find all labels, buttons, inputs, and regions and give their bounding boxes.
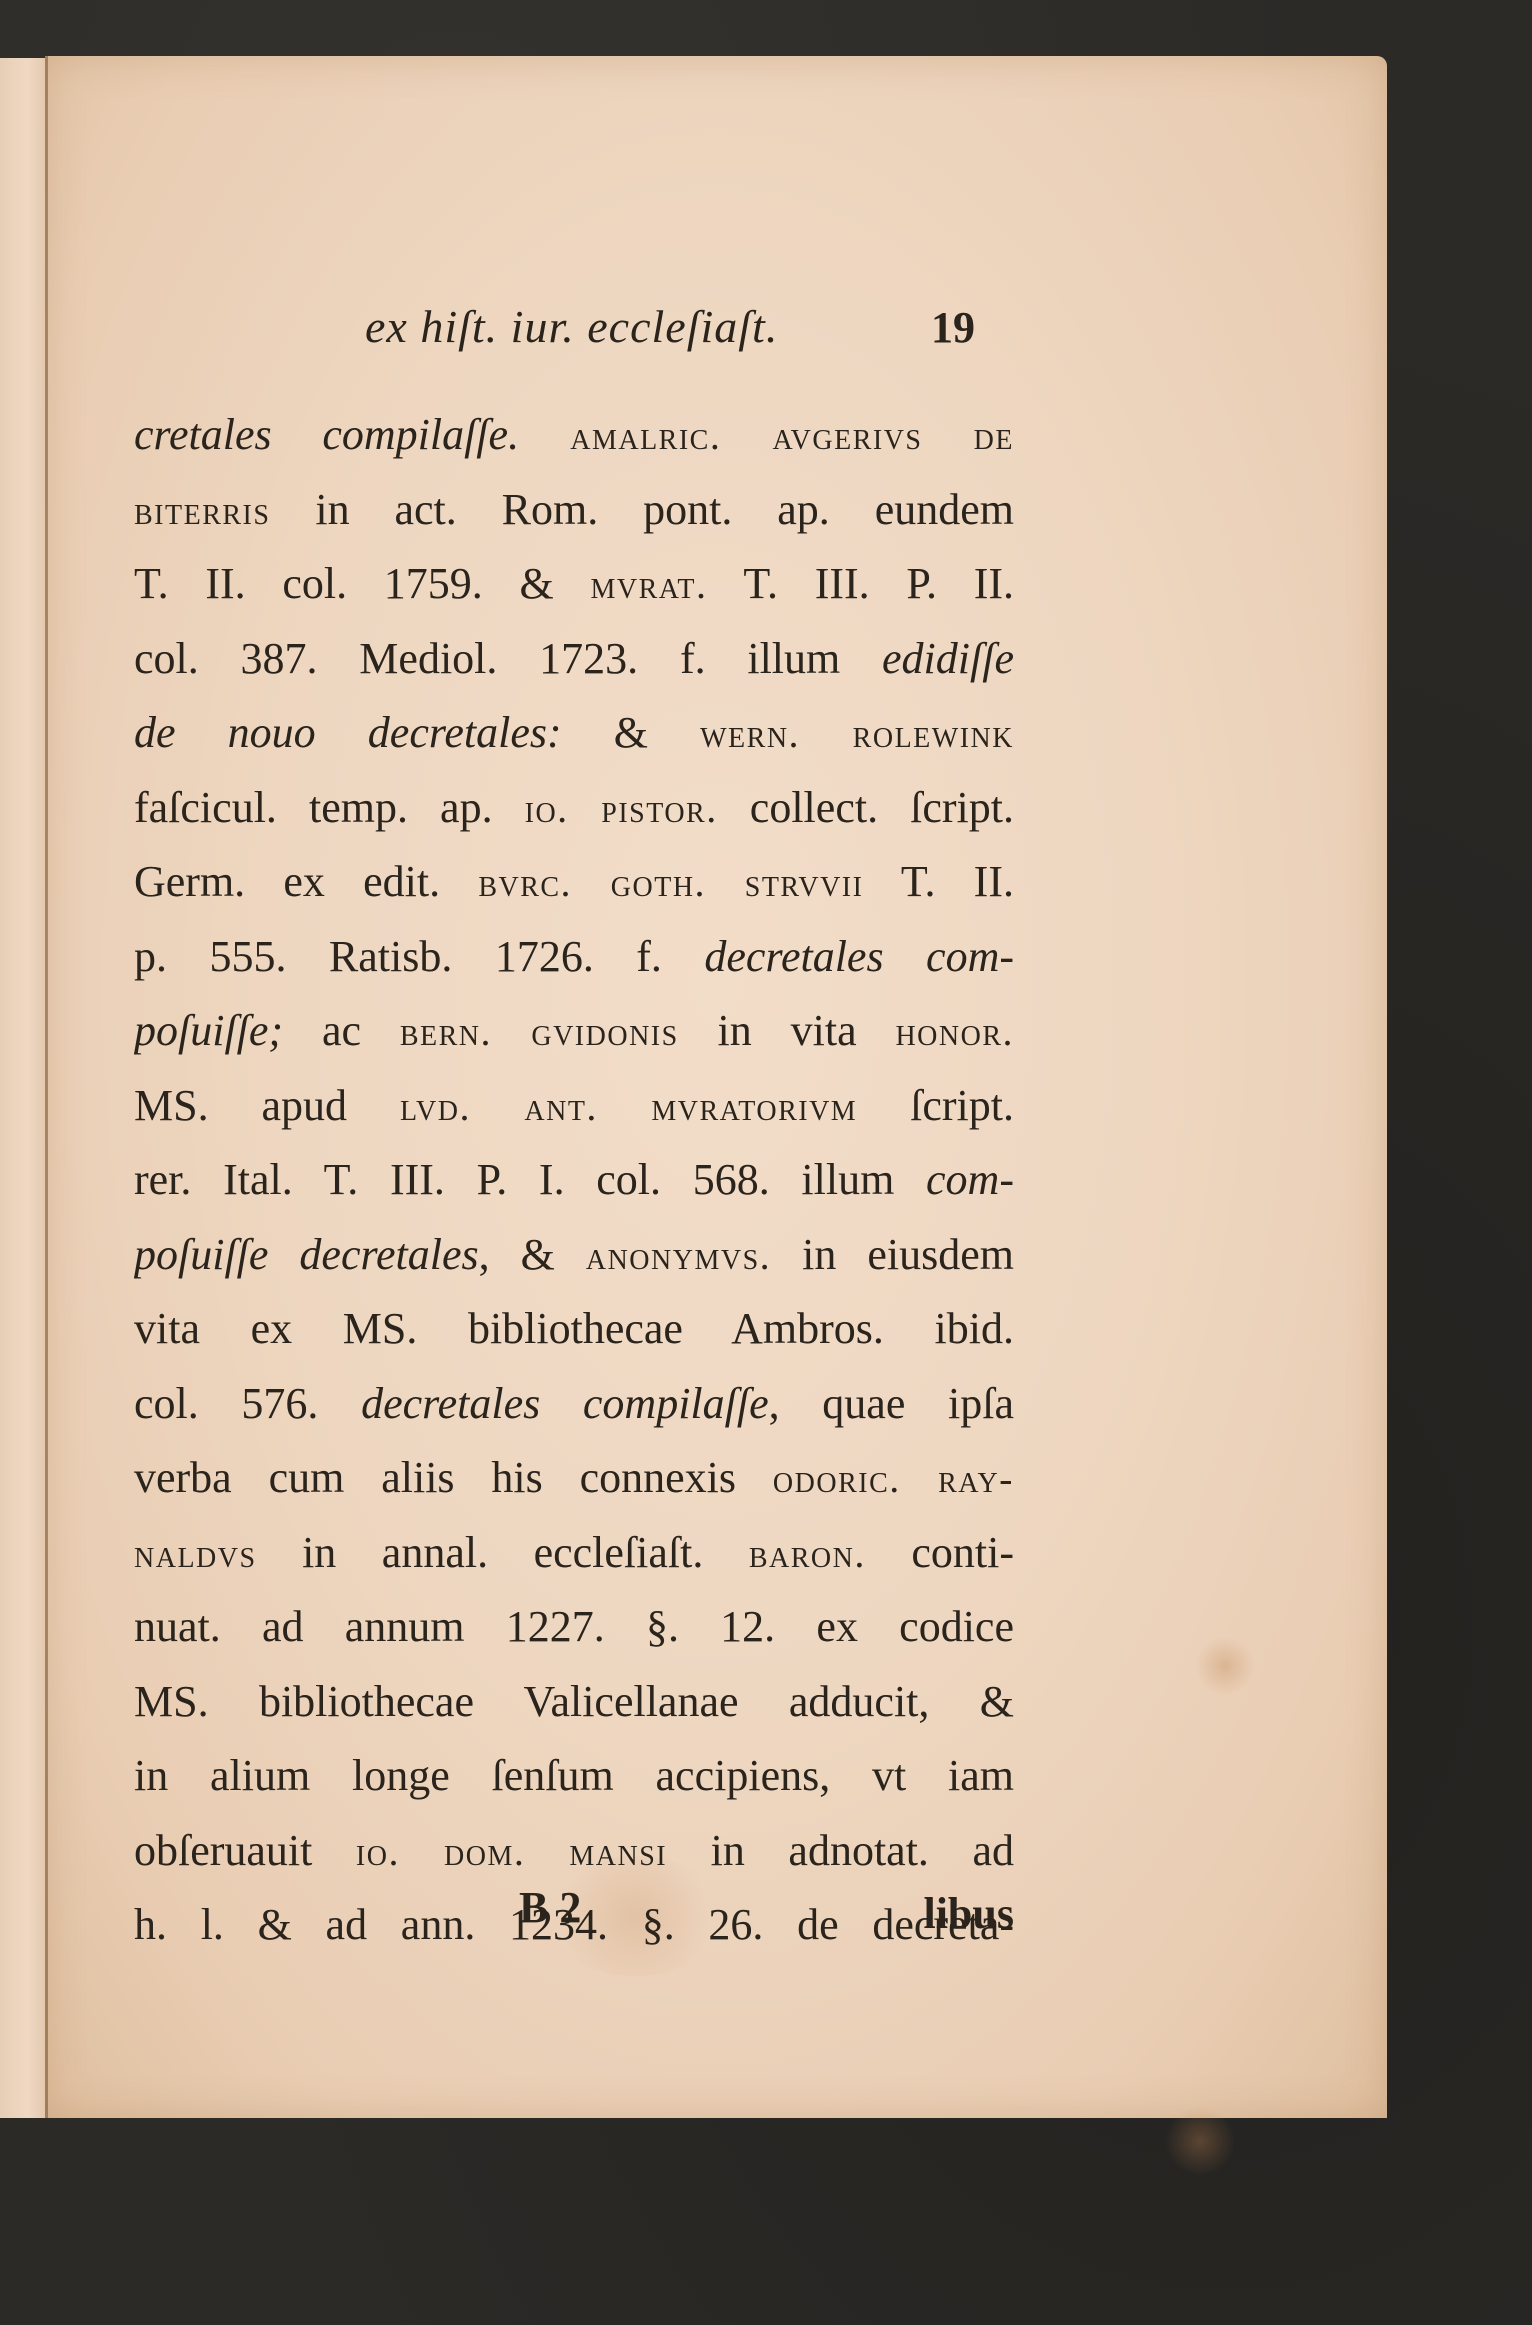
text-run: verba cum aliis his connexis [134,1453,773,1502]
text-line: de nouo decretales: & wern. rolewink [134,696,1014,771]
text-line: col. 576. decretales compilaſſe, quae ip… [134,1367,1014,1442]
text-run: in eiusdem [771,1230,1014,1279]
text-run: col. 387. Mediol. 1723. f. illum [134,634,882,683]
small-caps-name: biterris [134,488,270,533]
italic-text: decretales compilaſſe [361,1379,769,1428]
italic-text: com- [926,1155,1014,1204]
text-run: collect. ſcript. [718,783,1014,832]
small-caps-name: mvrat. [590,562,707,607]
text-line: in alium longe ſenſum accipiens, vt iam [134,1739,1014,1814]
foxing-stain [1195,1636,1255,1696]
text-run: , & [479,1230,586,1279]
small-caps-name: honor. [895,1009,1014,1054]
catchword: libus [923,1888,1014,1939]
text-run: , quae ipſa [769,1379,1014,1428]
text-line: biterris in act. Rom. pont. ap. eundem [134,473,1014,548]
text-run: in vita [679,1006,896,1055]
text-run: Germ. ex edit. [134,857,478,906]
text-run: T. II. [863,857,1014,906]
small-caps-name: bern. gvidonis [400,1009,679,1054]
text-run: in alium longe ſenſum accipiens, vt iam [134,1751,1014,1800]
text-run: in adnotat. ad [667,1826,1014,1875]
italic-text: poſuiſſe decretales [134,1230,479,1279]
small-caps-name: io. dom. mansi [356,1829,667,1874]
small-caps-name: wern. rolewink [700,711,1014,756]
page-footer: B 2 libus [134,1882,1014,1952]
text-line: col. 387. Mediol. 1723. f. illum edidiſſ… [134,622,1014,697]
text-line: rer. Ital. T. III. P. I. col. 568. illum… [134,1143,1014,1218]
text-line: naldvs in annal. eccleſiaſt. baron. cont… [134,1516,1014,1591]
text-run: obſeruauit [134,1826,356,1875]
text-run: in act. Rom. pont. ap. eundem [270,485,1014,534]
text-run: rer. Ital. T. III. P. I. col. 568. illum [134,1155,926,1204]
text-run: MS. apud [134,1081,400,1130]
page-number: 19 [931,302,975,353]
small-caps-name: io. pistor. [525,786,718,831]
signature-mark: B 2 [519,1882,581,1933]
text-run: MS. bibliothecae Valicellanae adducit, & [134,1677,1014,1726]
text-line: verba cum aliis his connexis odoric. ray… [134,1441,1014,1516]
text-run: nuat. ad annum 1227. §. 12. ex codice [134,1602,1014,1651]
italic-text: cretales compilaſſe. [134,410,519,459]
text-line: p. 555. Ratisb. 1726. f. decretales com- [134,920,1014,995]
italic-text: decretales com- [704,932,1014,981]
text-run: in annal. eccleſiaſt. [257,1528,749,1577]
previous-page-edge [0,58,46,2118]
text-run: T. III. P. II. [707,559,1014,608]
italic-text: poſuiſſe; [134,1006,322,1055]
text-line: MS. bibliothecae Valicellanae adducit, & [134,1665,1014,1740]
text-run: ac [322,1006,400,1055]
text-line: cretales compilaſſe. amalric. avgerivs d… [134,398,1014,473]
body-text: cretales compilaſſe. amalric. avgerivs d… [134,398,1014,1963]
text-line: obſeruauit io. dom. mansi in adnotat. ad [134,1814,1014,1889]
italic-text: edidiſſe [882,634,1014,683]
small-caps-name: bvrc. goth. strvvii [478,860,863,905]
text-run: ſcript. [857,1081,1014,1130]
text-line: Germ. ex edit. bvrc. goth. strvvii T. II… [134,845,1014,920]
text-line: faſcicul. temp. ap. io. pistor. collect.… [134,771,1014,846]
text-line: poſuiſſe decretales, & anonymvs. in eius… [134,1218,1014,1293]
foxing-stain [1165,2106,1235,2176]
small-caps-name: odoric. ray- [773,1456,1014,1501]
small-caps-name: anonymvs. [586,1233,771,1278]
text-run: conti- [866,1528,1014,1577]
text-line: MS. apud lvd. ant. mvratorivm ſcript. [134,1069,1014,1144]
text-run: col. 576. [134,1379,361,1428]
running-head: ex hiſt. iur. eccleſiaſt. 19 [365,300,975,353]
small-caps-name: amalric. avgerivs de [519,413,1014,458]
small-caps-name: baron. [749,1531,866,1576]
text-run: T. II. col. 1759. & [134,559,590,608]
text-line: T. II. col. 1759. & mvrat. T. III. P. II… [134,547,1014,622]
text-line: vita ex MS. bibliothecae Ambros. ibid. [134,1292,1014,1367]
text-run: vita ex MS. bibliothecae Ambros. ibid. [134,1304,1014,1353]
small-caps-name: naldvs [134,1531,257,1576]
text-run: faſcicul. temp. ap. [134,783,525,832]
text-line: nuat. ad annum 1227. §. 12. ex codice [134,1590,1014,1665]
text-run: & [614,708,700,757]
italic-text: de nouo decretales: [134,708,614,757]
small-caps-name: lvd. ant. mvratorivm [400,1084,857,1129]
running-title: ex hiſt. iur. eccleſiaſt. [365,300,778,353]
text-line: poſuiſſe; ac bern. gvidonis in vita hono… [134,994,1014,1069]
text-run: p. 555. Ratisb. 1726. f. [134,932,704,981]
